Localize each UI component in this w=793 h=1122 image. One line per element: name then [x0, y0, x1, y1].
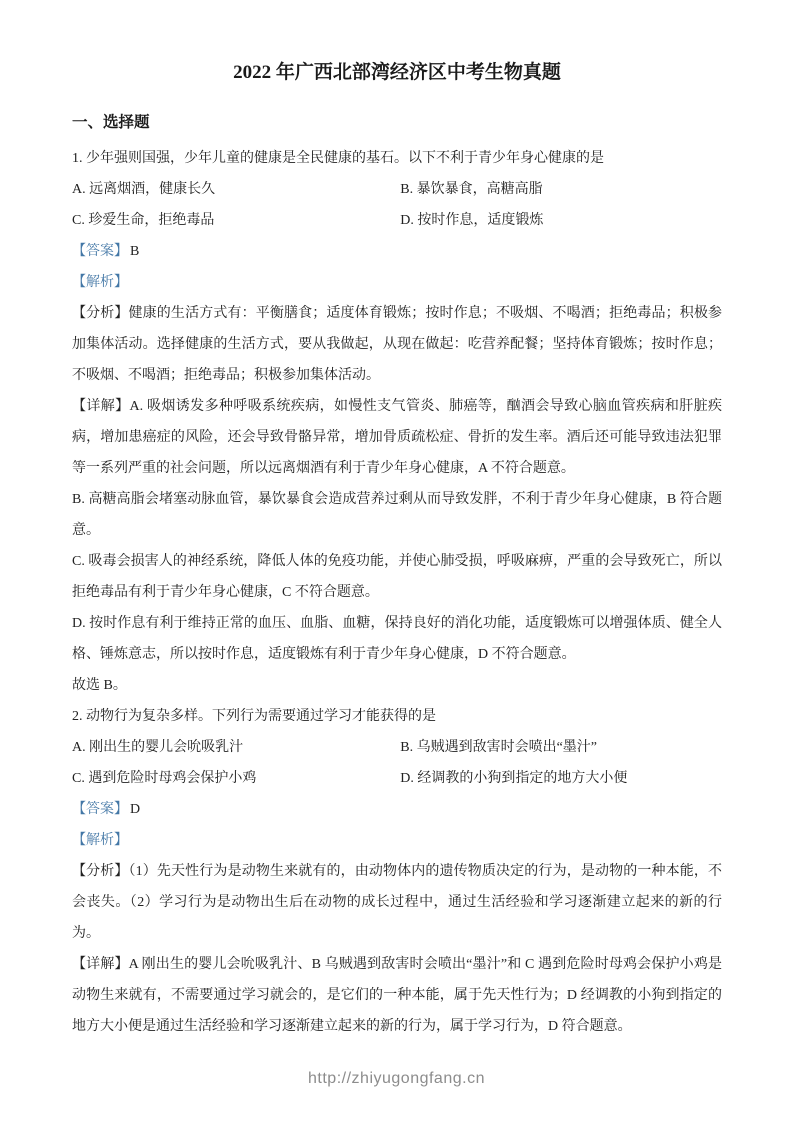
question-2-answer-row: 【答案】D [72, 794, 722, 825]
question-1-answer-row: 【答案】B [72, 236, 722, 267]
question-1-option-a: A. 远离烟酒，健康长久 [72, 174, 400, 205]
question-2-options: A. 刚出生的婴儿会吮吸乳汁 B. 乌贼遇到敌害时会喷出“墨汁” C. 遇到危险… [72, 732, 722, 794]
question-1-option-c: C. 珍爱生命，拒绝毒品 [72, 205, 400, 236]
question-2-option-b: B. 乌贼遇到敌害时会喷出“墨汁” [400, 732, 722, 763]
analysis-label: 【解析】 [72, 275, 128, 290]
question-1-option-d: D. 按时作息，适度锻炼 [400, 205, 722, 236]
question-1-detail-paragraph-d: D. 按时作息有利于维持正常的血压、血脂、血糖，保持良好的消化功能，适度锻炼可以… [72, 608, 722, 670]
question-1-options: A. 远离烟酒，健康长久 B. 暴饮暴食，高糖高脂 C. 珍爱生命，拒绝毒品 D… [72, 174, 722, 236]
question-block-1: 1. 少年强则国强，少年儿童的健康是全民健康的基石。以下不利于青少年身心健康的是… [72, 143, 722, 701]
footer-url: http://zhiyugongfang.cn [0, 1070, 793, 1088]
question-2-option-d: D. 经调教的小狗到指定的地方大小便 [400, 763, 722, 794]
question-1-detail-paragraph-a: 【详解】A. 吸烟诱发多种呼吸系统疾病，如慢性支气管炎、肺癌等，酗酒会导致心脑血… [72, 391, 722, 484]
question-2-analysis-paragraph: 【分析】（1）先天性行为是动物生来就有的，由动物体内的遗传物质决定的行为，是动物… [72, 856, 722, 949]
question-1-analysis-paragraph: 【分析】健康的生活方式有：平衡膳食；适度体育锻炼；按时作息；不吸烟、不喝酒；拒绝… [72, 298, 722, 391]
question-2-detail-paragraph: 【详解】A 刚出生的婴儿会吮吸乳汁、B 乌贼遇到敌害时会喷出“墨汁”和 C 遇到… [72, 949, 722, 1042]
question-2-stem: 2. 动物行为复杂多样。下列行为需要通过学习才能获得的是 [72, 701, 722, 732]
question-1-detail-paragraph-b: B. 高糖高脂会堵塞动脉血管，暴饮暴食会造成营养过剩从而导致发胖，不利于青少年身… [72, 484, 722, 546]
question-2-answer-value: D [128, 802, 140, 817]
question-2-analysis-row: 【解析】 [72, 825, 722, 856]
analysis-label: 【解析】 [72, 833, 128, 848]
question-1-analysis-row: 【解析】 [72, 267, 722, 298]
question-1-conclusion: 故选 B。 [72, 670, 722, 701]
exam-document-page: 2022 年广西北部湾经济区中考生物真题 一、选择题 1. 少年强则国强，少年儿… [0, 0, 793, 1122]
question-2-option-c: C. 遇到危险时母鸡会保护小鸡 [72, 763, 400, 794]
section-heading: 一、选择题 [72, 108, 722, 138]
answer-label: 【答案】 [72, 802, 128, 817]
question-1-detail-paragraph-c: C. 吸毒会损害人的神经系统，降低人体的免疫功能，并使心肺受损，呼吸麻痹，严重的… [72, 546, 722, 608]
question-1-stem: 1. 少年强则国强，少年儿童的健康是全民健康的基石。以下不利于青少年身心健康的是 [72, 143, 722, 174]
document-title: 2022 年广西北部湾经济区中考生物真题 [72, 58, 722, 88]
answer-label: 【答案】 [72, 244, 128, 259]
question-2-option-a: A. 刚出生的婴儿会吮吸乳汁 [72, 732, 400, 763]
question-1-answer-value: B [128, 244, 139, 259]
question-1-option-b: B. 暴饮暴食，高糖高脂 [400, 174, 722, 205]
question-block-2: 2. 动物行为复杂多样。下列行为需要通过学习才能获得的是 A. 刚出生的婴儿会吮… [72, 701, 722, 1042]
